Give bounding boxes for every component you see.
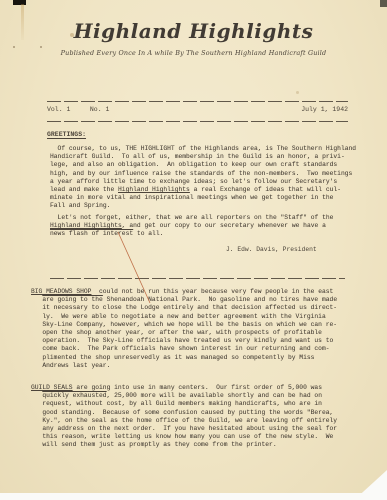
section-big-meadows-shop: BIG MEADOWS SHOP could not be run this y…	[31, 288, 351, 370]
stain-dot	[296, 91, 299, 94]
stain-dot	[13, 46, 15, 48]
president-signature: J. Edw. Davis, President	[226, 246, 317, 253]
black-mark-top-left	[13, 0, 26, 5]
section-guild-seals: GUILD SEALS are going into use in many c…	[31, 384, 351, 450]
greeting-paragraph-2: Let's not forget, either, that we are al…	[50, 214, 362, 239]
masthead-volume-number: Vol. 1 No. 1	[47, 106, 109, 113]
masthead-row: Vol. 1 No. 1 July 1, 1942	[47, 106, 348, 113]
masthead-rule-top	[47, 101, 348, 102]
section-divider-rule	[50, 278, 345, 279]
greetings-heading: GREETINGS:	[47, 131, 86, 138]
newsletter-title: Highland Highlights	[0, 19, 387, 43]
stain-dot	[40, 46, 42, 48]
masthead-date: July 1, 1942	[301, 106, 348, 113]
newsletter-subtitle: Published Every Once In A while By The S…	[0, 49, 387, 57]
newsletter-page: { "header": { "title": "Highland Highlig…	[0, 0, 387, 500]
greeting-paragraph-1: Of course, to us, THE HIGHLIGHT of the H…	[50, 145, 362, 211]
black-mark-top-right	[380, 0, 387, 7]
masthead-rule-bottom	[47, 121, 348, 122]
